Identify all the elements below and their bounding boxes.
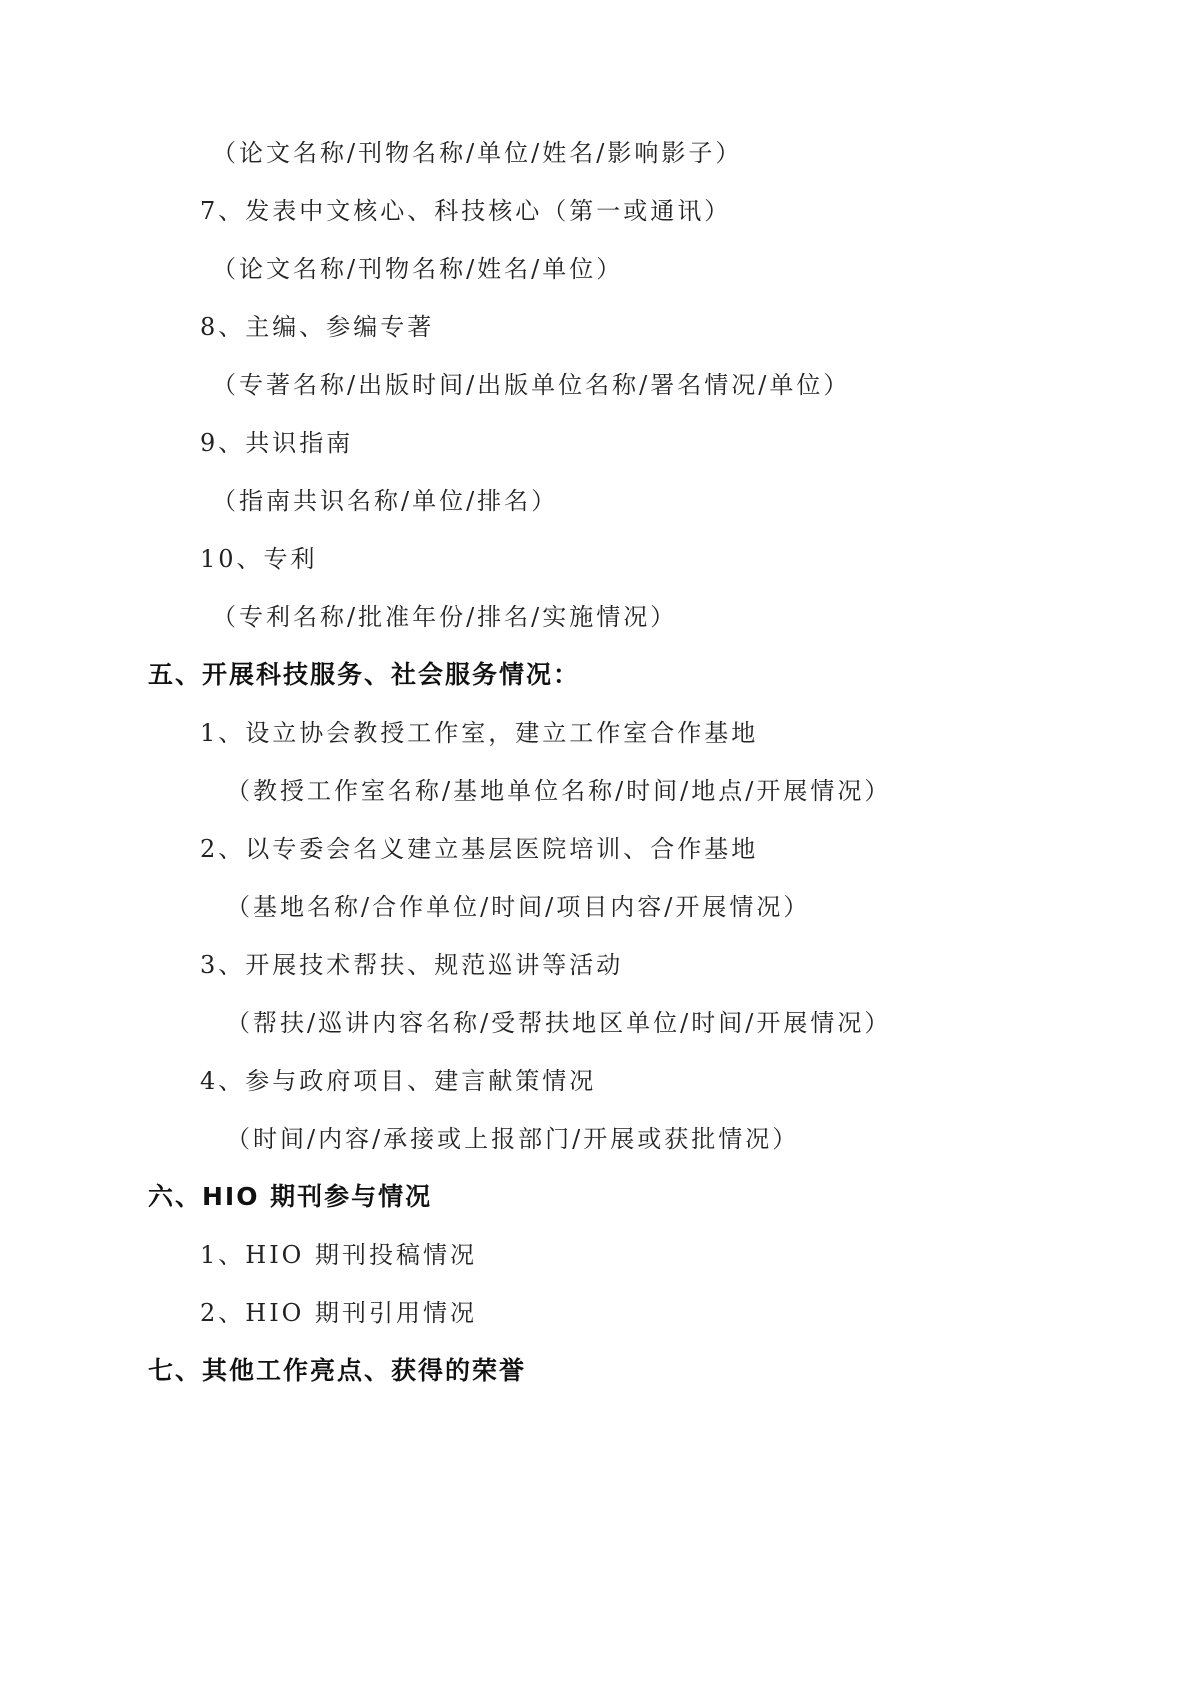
document-page: （论文名称/刊物名称/单位/姓名/影响影子） 7、发表中文核心、科技核心（第一或… — [0, 0, 1190, 1683]
section-6-heading: 六、HIO 期刊参与情况 — [148, 1182, 432, 1212]
item-8-monographs: 8、主编、参编专著 — [200, 312, 434, 342]
section-6-item-1: 1、HIO 期刊投稿情况 — [200, 1240, 477, 1270]
section-5-item-3: 3、开展技术帮扶、规范巡讲等活动 — [200, 950, 623, 980]
item-7-core-journals: 7、发表中文核心、科技核心（第一或通讯） — [200, 196, 731, 226]
section-5-item-4-description: （时间/内容/承接或上报部门/开展或获批情况） — [226, 1124, 799, 1154]
section-5-item-2: 2、以专委会名义建立基层医院培训、合作基地 — [200, 834, 758, 864]
item-10-patents: 10、专利 — [200, 544, 318, 574]
section-6-item-2: 2、HIO 期刊引用情况 — [200, 1298, 477, 1328]
section-7-heading: 七、其他工作亮点、获得的荣誉 — [148, 1356, 526, 1386]
section-5-heading: 五、开展科技服务、社会服务情况： — [148, 660, 580, 690]
paper-description-line: （论文名称/刊物名称/单位/姓名/影响影子） — [212, 138, 742, 168]
section-5-item-2-description: （基地名称/合作单位/时间/项目内容/开展情况） — [226, 892, 810, 922]
monograph-description: （专著名称/出版时间/出版单位名称/署名情况/单位） — [212, 370, 850, 400]
item-9-guidelines: 9、共识指南 — [200, 428, 353, 458]
core-journal-description: （论文名称/刊物名称/姓名/单位） — [212, 254, 623, 284]
section-5-item-4: 4、参与政府项目、建言献策情况 — [200, 1066, 596, 1096]
section-5-item-1: 1、设立协会教授工作室，建立工作室合作基地 — [200, 718, 758, 748]
patent-description: （专利名称/批准年份/排名/实施情况） — [212, 602, 677, 632]
guideline-description: （指南共识名称/单位/排名） — [212, 486, 558, 516]
section-5-item-1-description: （教授工作室名称/基地单位名称/时间/地点/开展情况） — [226, 776, 891, 806]
section-5-item-3-description: （帮扶/巡讲内容名称/受帮扶地区单位/时间/开展情况） — [226, 1008, 891, 1038]
